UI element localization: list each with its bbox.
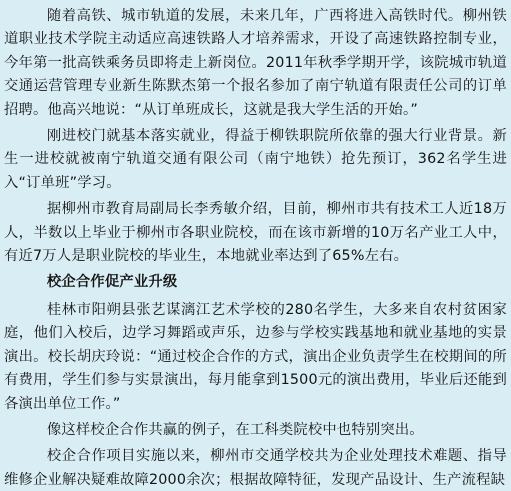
paragraph-win-win-example: 像这样校企合作共赢的例子，在工科类院校中也特别突出。 (4, 419, 507, 442)
document-page: 随着高铁、城市轨道的发展，未来几年，广西将进入高铁时代。柳州铁道职业技术学院主动… (0, 0, 511, 491)
paragraph-employment-secured: 刚进校门就基本落实就业，得益于柳铁职院所依靠的强大行业背景。新生一进校就被南宁轨… (4, 125, 507, 195)
paragraph-lijiang-art-school: 桂林市阳朔县张艺谋漓江艺术学校的280名学生，大多来自农村贫困家庭，他们入校后，… (4, 299, 507, 416)
paragraph-gaotie-intro: 随着高铁、城市轨道的发展，未来几年，广西将进入高铁时代。柳州铁道职业技术学院主动… (4, 5, 507, 122)
section-heading-school-enterprise-cooperation: 校企合作促产业升级 (4, 271, 507, 294)
paragraph-education-bureau-stats: 据柳州市教育局副局长李秀敏介绍，目前，柳州市共有技术工人近18万人，半数以上毕业… (4, 198, 507, 268)
paragraph-transport-school-projects: 校企合作项目实施以来，柳州市交通学校共为企业处理技术难题、指导维修企业解决疑难故… (4, 445, 507, 491)
